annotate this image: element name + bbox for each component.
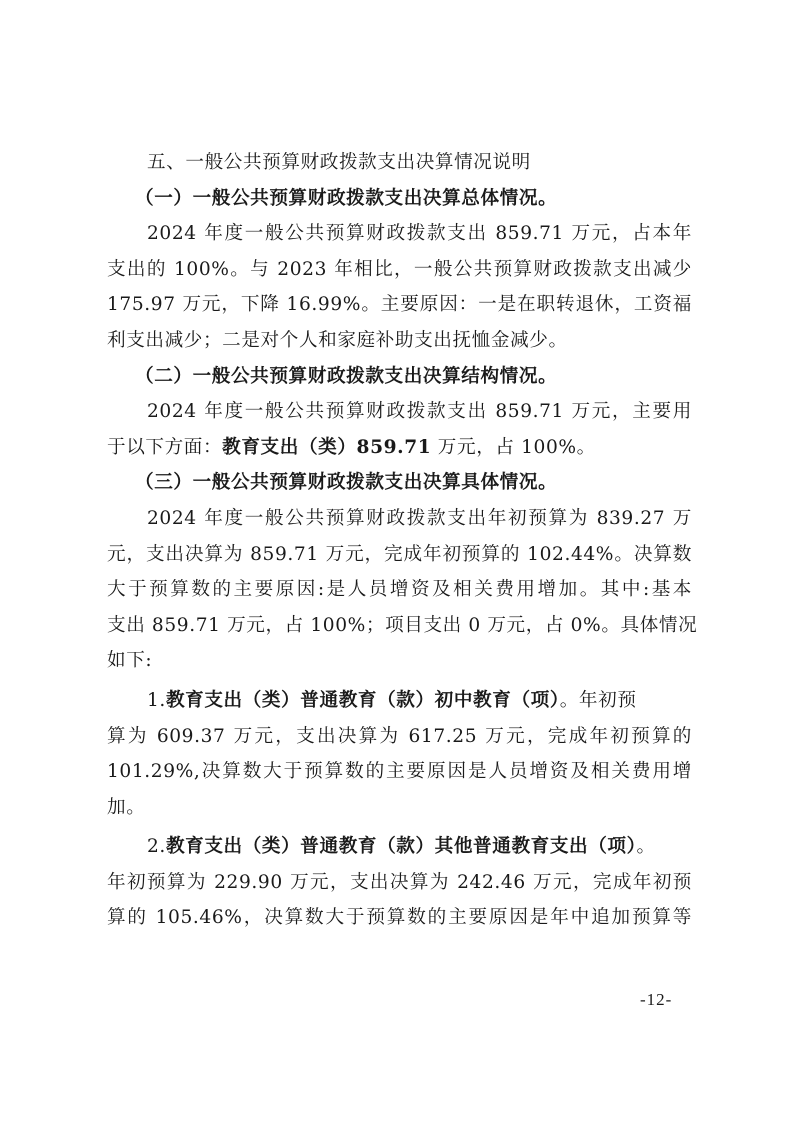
paragraph-line: 2024 年度一般公共预算财政拨款支出 859.71 万元，主要用 (107, 394, 692, 430)
item-title: 教育支出（类）普通教育（款）其他普通教育支出（项） (166, 836, 637, 857)
item-title-suffix: 。年初预 (560, 690, 637, 711)
item-heading-2: 2.教育支出（类）普通教育（款）其他普通教育支出（项）。 (107, 829, 692, 865)
paragraph-line: 如下: (107, 643, 692, 679)
item-title: 教育支出（类）普通教育（款）初中教育（项） (166, 690, 560, 711)
text-span: 万元，占 100%。 (431, 437, 596, 458)
text-span: 于以下方面： (107, 437, 222, 458)
paragraph-line: 175.97 万元，下降 16.99%。主要原因：一是在职转退休，工资福 (107, 287, 692, 323)
paragraph-line: 支出 859.71 万元，占 100%；项目支出 0 万元，占 0%。具体情况 (107, 608, 692, 644)
paragraph-line: 年初预算为 229.90 万元，支出决算为 242.46 万元，完成年初预 (107, 865, 692, 901)
paragraph-line: 于以下方面：教育支出（类）859.71 万元，占 100%。 (107, 430, 692, 466)
paragraph-line: 加。 (107, 790, 692, 826)
paragraph-line: 大于预算数的主要原因:是人员增资及相关费用增加。其中:基本 (107, 572, 692, 608)
subsection-heading-3: （三）一般公共预算财政拨款支出决算具体情况。 (107, 465, 692, 501)
item-title-suffix: 。 (637, 836, 656, 857)
document-page: 五、一般公共预算财政拨款支出决算情况说明 （一）一般公共预算财政拨款支出决算总体… (0, 0, 793, 1122)
section-title: 五、一般公共预算财政拨款支出决算情况说明 (107, 145, 692, 181)
paragraph-line: 101.29%,决算数大于预算数的主要原因是人员增资及相关费用增 (107, 754, 692, 790)
item-number: 2. (147, 836, 166, 857)
bold-category: 教育支出（类）859.71 (222, 437, 431, 458)
page-number: -12- (640, 990, 672, 1010)
item-heading-1: 1.教育支出（类）普通教育（款）初中教育（项）。年初预 (107, 683, 692, 719)
subsection-heading-1: （一）一般公共预算财政拨款支出决算总体情况。 (107, 181, 692, 217)
item-number: 1. (147, 690, 166, 711)
paragraph-line: 算的 105.46%，决算数大于预算数的主要原因是年中追加预算等 (107, 900, 692, 936)
paragraph-line: 元，支出决算为 859.71 万元，完成年初预算的 102.44%。决算数 (107, 537, 692, 573)
subsection-heading-2: （二）一般公共预算财政拨款支出决算结构情况。 (107, 359, 692, 395)
page-content: 五、一般公共预算财政拨款支出决算情况说明 （一）一般公共预算财政拨款支出决算总体… (107, 145, 692, 936)
paragraph-line: 支出的 100%。与 2023 年相比，一般公共预算财政拨款支出减少 (107, 252, 692, 288)
paragraph-line: 2024 年度一般公共预算财政拨款支出年初预算为 839.27 万 (107, 501, 692, 537)
paragraph-line: 算为 609.37 万元，支出决算为 617.25 万元，完成年初预算的 (107, 719, 692, 755)
paragraph-line: 2024 年度一般公共预算财政拨款支出 859.71 万元，占本年 (107, 216, 692, 252)
paragraph-line: 利支出减少；二是对个人和家庭补助支出抚恤金减少。 (107, 323, 692, 359)
